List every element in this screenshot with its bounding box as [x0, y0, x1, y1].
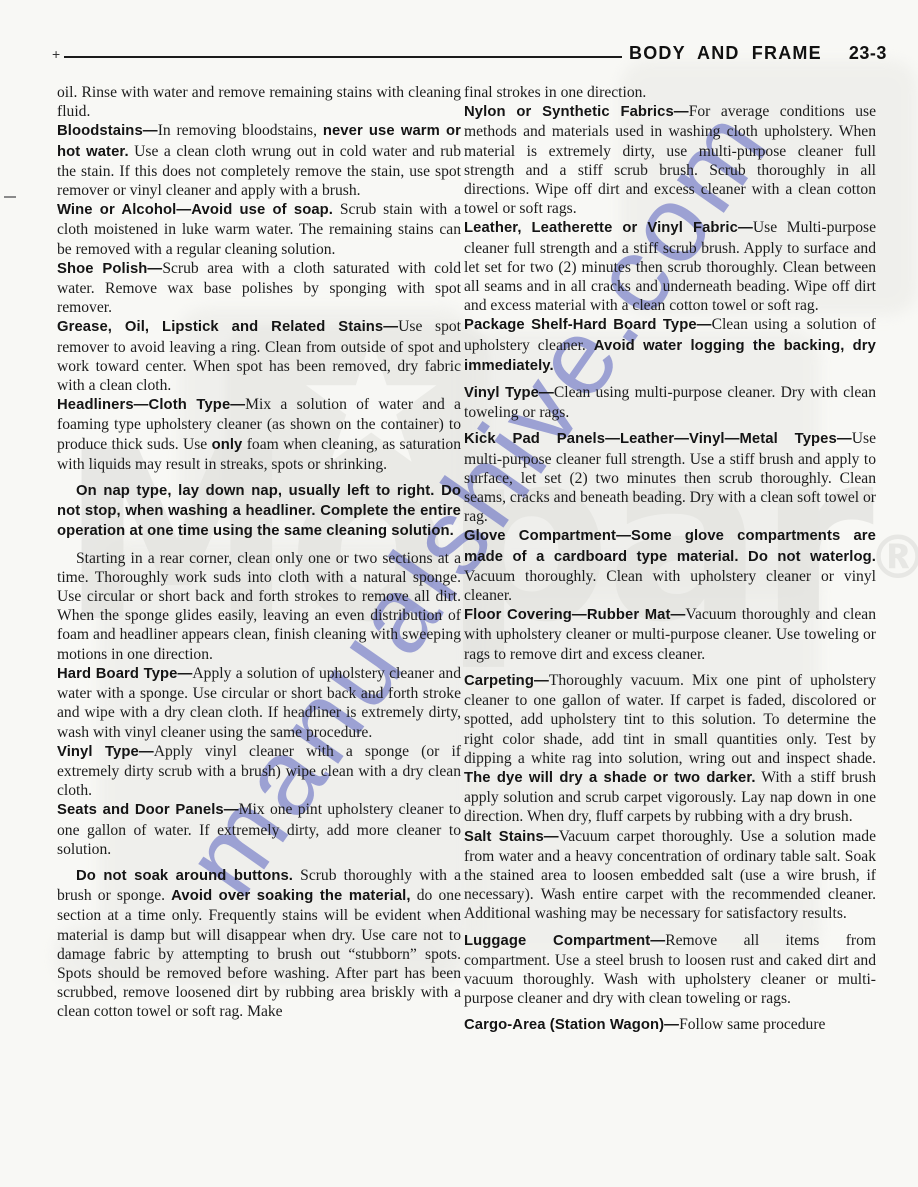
paragraph: Kick Pad Panels—Leather—Vinyl—Metal Type… [464, 429, 876, 526]
paragraph: Glove Compartment—Some glove compartment… [464, 526, 876, 605]
bold-lead-text: Seats and Door Panels— [57, 802, 239, 818]
paragraph: Leather, Leatherette or Vinyl Fabric—Use… [464, 218, 876, 315]
bold-lead-text: Hard Board Type— [57, 666, 192, 682]
page-number: 23-3 [849, 43, 887, 63]
bold-lead-text: Salt Stains— [464, 829, 559, 845]
bold-lead-text: Avoid over soaking the material, [171, 888, 410, 904]
paragraph: final strokes in one direction. [464, 83, 876, 102]
bold-lead-text: Cargo-Area (Station Wagon)— [464, 1017, 679, 1033]
paragraph: Vinyl Type—Apply vinyl cleaner with a sp… [57, 742, 461, 801]
bold-lead-text: Floor Covering—Rubber Mat— [464, 607, 685, 623]
bold-lead-text: Do not soak around buttons. [76, 868, 293, 884]
bold-lead-text: Bloodstains— [57, 123, 158, 139]
bold-lead-text: only [212, 437, 243, 453]
paragraph: On nap type, lay down nap, usually left … [57, 481, 461, 542]
body-text: Vacuum thoroughly. Clean with upholstery… [464, 568, 876, 604]
bold-lead-text: Shoe Polish— [57, 261, 162, 277]
page-header: BODY AND FRAME23-3 [629, 43, 887, 64]
paragraph: Shoe Polish—Scrub area with a cloth satu… [57, 259, 461, 318]
bold-lead-text: Package Shelf-Hard Board Type— [464, 317, 712, 333]
bold-lead-text: Vinyl Type— [57, 744, 154, 760]
bold-lead-text: Nylon or Synthetic Fabrics— [464, 104, 689, 120]
paragraph: Wine or Alcohol—Avoid use of soap. Scrub… [57, 200, 461, 259]
column-left: oil. Rinse with water and remove remaini… [57, 83, 461, 1022]
paragraph: oil. Rinse with water and remove remaini… [57, 83, 461, 121]
body-text: For average conditions use methods and m… [464, 103, 876, 217]
paragraph: Cargo-Area (Station Wagon)—Follow same p… [464, 1015, 876, 1035]
bold-lead-text: Glove Compartment—Some glove compartment… [464, 528, 876, 564]
paragraph: Vinyl Type—Clean using multi-purpose cle… [464, 383, 876, 422]
bold-lead-text: Kick Pad Panels—Leather—Vinyl—Metal Type… [464, 431, 852, 447]
margin-artifact [4, 196, 16, 198]
bold-lead-text: The dye will dry a shade or two darker. [464, 770, 756, 786]
body-text: Follow same procedure [679, 1016, 825, 1033]
paragraph: Grease, Oil, Lipstick and Related Stains… [57, 317, 461, 395]
body-text: final strokes in one direction. [464, 84, 646, 101]
body-text: oil. Rinse with water and remove remaini… [57, 84, 461, 120]
bold-lead-text: Wine or Alcohol—Avoid use of soap. [57, 202, 333, 218]
registration-mark: + [52, 46, 60, 62]
manual-page: Mopar® ★ manualshive.com + BODY AND FRAM… [0, 0, 918, 1187]
body-text: do one section at a time only. Frequentl… [57, 887, 461, 1020]
body-text: In removing bloodstains, [158, 122, 323, 139]
bold-lead-text: Headliners—Cloth Type— [57, 397, 245, 413]
bold-lead-text: Leather, Leatherette or Vinyl Fabric— [464, 220, 753, 236]
paragraph: Floor Covering—Rubber Mat—Vacuum thoroug… [464, 605, 876, 664]
body-text: Starting in a rear corner, clean only on… [57, 550, 461, 663]
bold-lead-text: Carpeting— [464, 673, 549, 689]
paragraph: Nylon or Synthetic Fabrics—For average c… [464, 102, 876, 218]
bold-lead-text: Grease, Oil, Lipstick and Related Stains… [57, 319, 398, 335]
section-title: BODY AND FRAME [629, 43, 822, 63]
paragraph: Package Shelf-Hard Board Type—Clean usin… [464, 315, 876, 376]
paragraph: Luggage Compartment—Remove all items fro… [464, 931, 876, 1009]
column-right: final strokes in one direction.Nylon or … [464, 83, 876, 1036]
paragraph: Starting in a rear corner, clean only on… [57, 549, 461, 664]
bold-lead-text: On nap type, lay down nap, usually left … [57, 483, 461, 539]
paragraph: Seats and Door Panels—Mix one pint uphol… [57, 800, 461, 859]
bold-lead-text: Luggage Compartment— [464, 933, 665, 949]
bold-lead-text: Vinyl Type— [464, 385, 554, 401]
paragraph: Bloodstains—In removing bloodstains, nev… [57, 121, 461, 200]
paragraph: Salt Stains—Vacuum carpet thoroughly. Us… [464, 827, 876, 924]
paragraph: Do not soak around buttons. Scrub thorou… [57, 866, 461, 1022]
paragraph: Hard Board Type—Apply a solution of upho… [57, 664, 461, 742]
paragraph: Carpeting—Thoroughly vacuum. Mix one pin… [464, 671, 876, 827]
paragraph: Headliners—Cloth Type—Mix a solution of … [57, 395, 461, 474]
header-rule [64, 56, 622, 58]
